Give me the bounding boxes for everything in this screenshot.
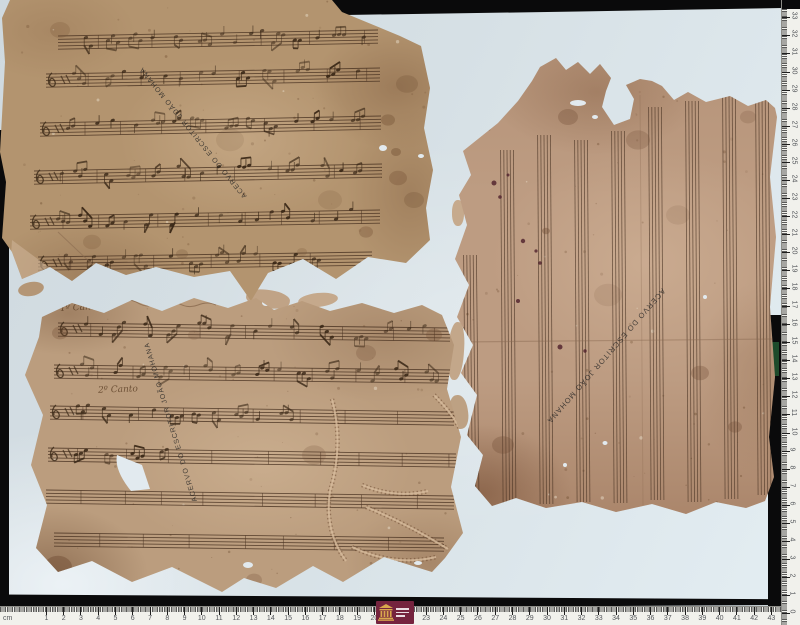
cm-tick bbox=[782, 433, 790, 434]
ruler-number: 29 bbox=[790, 84, 797, 92]
cm-tick bbox=[782, 396, 790, 397]
ruler-number: 13 bbox=[790, 373, 797, 381]
ruler-number: 15 bbox=[790, 337, 797, 345]
cm-tick bbox=[782, 342, 790, 343]
cm-tick bbox=[374, 607, 375, 615]
cm-tick bbox=[782, 324, 790, 325]
cm-tick bbox=[495, 607, 496, 615]
cm-tick bbox=[782, 306, 790, 307]
cm-tick bbox=[443, 607, 444, 615]
cm-tick bbox=[736, 607, 737, 615]
ruler-number: 9 bbox=[788, 447, 795, 451]
cm-tick bbox=[564, 607, 565, 615]
ruler-number: 29 bbox=[523, 615, 536, 622]
manuscript-fragment-right: ACERVO DO ESCRITOR JOÃO MOHANA bbox=[448, 55, 778, 517]
cm-tick bbox=[184, 607, 185, 615]
ruler-number: 22 bbox=[790, 210, 797, 218]
cm-tick bbox=[46, 607, 47, 615]
ruler-number: 2 bbox=[57, 615, 70, 622]
ruler-number: 0 bbox=[788, 610, 795, 614]
cm-tick bbox=[598, 607, 599, 615]
cm-tick bbox=[633, 607, 634, 615]
cm-tick bbox=[98, 607, 99, 615]
cm-tick bbox=[581, 607, 582, 615]
cm-tick bbox=[426, 607, 427, 615]
ruler-number: 31 bbox=[558, 615, 571, 622]
ruler-number: 16 bbox=[790, 319, 797, 327]
cm-tick bbox=[782, 180, 790, 181]
cm-tick bbox=[339, 607, 340, 615]
cm-tick bbox=[702, 607, 703, 615]
cm-tick bbox=[236, 607, 237, 615]
ruler-number: 25 bbox=[790, 156, 797, 164]
ruler-number: 38 bbox=[679, 615, 692, 622]
ruler-number: 39 bbox=[696, 615, 709, 622]
cm-tick bbox=[782, 288, 790, 289]
ruler-number: 8 bbox=[788, 465, 795, 469]
ruler-unit-label: cm bbox=[3, 615, 12, 622]
ruler-number: 37 bbox=[661, 615, 674, 622]
cm-tick bbox=[460, 607, 461, 615]
ruler-number: 10 bbox=[790, 427, 797, 435]
ruler-number: 6 bbox=[126, 615, 139, 622]
ruler-number: 32 bbox=[575, 615, 588, 622]
cm-tick bbox=[782, 378, 790, 379]
ruler-number: 5 bbox=[109, 615, 122, 622]
ruler-number: 30 bbox=[790, 66, 797, 74]
cm-tick bbox=[782, 126, 790, 127]
ruler-number: 11 bbox=[790, 409, 797, 416]
cm-tick bbox=[512, 607, 513, 615]
archive-logo-plaque bbox=[376, 601, 414, 624]
ruler-number: 14 bbox=[790, 355, 797, 363]
ruler-number: 42 bbox=[748, 615, 761, 622]
cm-tick bbox=[782, 252, 790, 253]
ruler-number: 4 bbox=[92, 615, 105, 622]
cm-tick bbox=[782, 35, 790, 36]
cm-tick bbox=[616, 607, 617, 615]
ruler-number: 16 bbox=[299, 615, 312, 622]
archive-stamp: ACERVO DO ESCRITOR JOÃO MOHANA bbox=[545, 287, 667, 426]
cm-tick bbox=[782, 53, 790, 54]
ruler-number: 41 bbox=[730, 615, 743, 622]
archive-stamp: ACERVO DO ESCRITOR JOÃO MOHANA bbox=[142, 341, 199, 503]
ruler-number: 33 bbox=[790, 12, 797, 20]
cm-tick bbox=[782, 270, 790, 271]
cm-tick bbox=[771, 607, 772, 615]
ruler-number: 23 bbox=[420, 615, 433, 622]
ruler-number: 31 bbox=[790, 48, 797, 56]
ruler-number: 35 bbox=[627, 615, 640, 622]
ruler-number: 24 bbox=[790, 174, 797, 182]
cm-tick bbox=[782, 108, 790, 109]
cm-tick bbox=[650, 607, 651, 615]
cm-tick bbox=[547, 607, 548, 615]
cm-tick bbox=[782, 17, 790, 18]
ruler-number: 43 bbox=[765, 615, 778, 622]
cm-tick bbox=[270, 607, 271, 615]
ruler-number: 7 bbox=[788, 483, 795, 487]
ruler-number: 11 bbox=[213, 615, 226, 622]
ruler-number: 34 bbox=[610, 615, 623, 622]
ruler-number: 26 bbox=[790, 138, 797, 146]
ruler-number: 33 bbox=[592, 615, 605, 622]
manuscript-fragment-bottom-left: ACERVO DO ESCRITOR JOÃO MOHANA 1º Canto … bbox=[14, 295, 466, 600]
cm-tick bbox=[782, 162, 790, 163]
ruler-number: 23 bbox=[790, 192, 797, 200]
ruler-number: 40 bbox=[713, 615, 726, 622]
cm-tick bbox=[201, 607, 202, 615]
ruler-number: 2 bbox=[788, 573, 795, 577]
cm-tick bbox=[782, 414, 790, 415]
cm-tick bbox=[115, 607, 116, 615]
cm-tick bbox=[782, 360, 790, 361]
cm-tick bbox=[305, 607, 306, 615]
cm-tick bbox=[63, 607, 64, 615]
ruler-number: 19 bbox=[790, 265, 797, 273]
ruler-number: 19 bbox=[351, 615, 364, 622]
ruler-number: 3 bbox=[788, 555, 795, 559]
cm-tick bbox=[667, 607, 668, 615]
ruler-corner-block bbox=[782, 0, 800, 9]
ruler-number: 9 bbox=[178, 615, 191, 622]
cm-tick bbox=[782, 198, 790, 199]
ruler-number: 15 bbox=[282, 615, 295, 622]
cm-tick bbox=[782, 234, 790, 235]
ruler-number: 30 bbox=[541, 615, 554, 622]
ruler-number: 28 bbox=[790, 102, 797, 110]
ruler-number: 5 bbox=[788, 519, 795, 523]
ruler-number: 24 bbox=[437, 615, 450, 622]
ruler-number: 18 bbox=[790, 283, 797, 291]
cm-tick bbox=[219, 607, 220, 615]
cm-tick bbox=[782, 90, 790, 91]
cm-tick bbox=[150, 607, 151, 615]
ruler-number: 13 bbox=[247, 615, 260, 622]
ruler-number: 10 bbox=[195, 615, 208, 622]
ruler-number: 25 bbox=[454, 615, 467, 622]
cm-tick bbox=[80, 607, 81, 615]
cm-tick bbox=[685, 607, 686, 615]
cm-tick bbox=[132, 607, 133, 615]
ruler-number: 26 bbox=[471, 615, 484, 622]
ruler-number: 28 bbox=[506, 615, 519, 622]
cm-tick bbox=[782, 144, 790, 145]
ruler-number: 1 bbox=[788, 591, 795, 595]
cm-tick bbox=[357, 607, 358, 615]
vertical-cm-ruler: 0123456789101112131415161718192021222324… bbox=[781, 0, 800, 625]
millimeter-ticks bbox=[782, 0, 787, 625]
ruler-number: 12 bbox=[790, 391, 797, 399]
cm-tick bbox=[322, 607, 323, 615]
ruler-number: 1 bbox=[40, 615, 53, 622]
scanned-manuscript-image: ACERVO DO ESCRITOR JOÃO MOHANA ACERVO DO… bbox=[0, 0, 800, 625]
cm-tick bbox=[782, 72, 790, 73]
ruler-number: 18 bbox=[333, 615, 346, 622]
ruler-number: 21 bbox=[790, 229, 797, 237]
cm-tick bbox=[167, 607, 168, 615]
ruler-number: 4 bbox=[788, 537, 795, 541]
ruler-number: 20 bbox=[790, 247, 797, 255]
cm-tick bbox=[529, 607, 530, 615]
cm-tick bbox=[253, 607, 254, 615]
ruler-number: 17 bbox=[790, 301, 797, 309]
ruler-number: 27 bbox=[790, 120, 797, 128]
cm-tick bbox=[477, 607, 478, 615]
handwritten-voice-label: 2º Canto bbox=[98, 384, 138, 395]
ruler-number: 7 bbox=[144, 615, 157, 622]
ruler-number: 12 bbox=[230, 615, 243, 622]
cm-tick bbox=[754, 607, 755, 615]
ruler-number: 6 bbox=[788, 501, 795, 505]
ruler-number: 8 bbox=[161, 615, 174, 622]
cm-tick bbox=[719, 607, 720, 615]
logo-text-lines bbox=[396, 608, 409, 617]
ruler-number: 3 bbox=[74, 615, 87, 622]
ruler-number: 14 bbox=[264, 615, 277, 622]
ruler-number: 36 bbox=[644, 615, 657, 622]
ruler-number: 17 bbox=[316, 615, 329, 622]
cm-tick bbox=[782, 216, 790, 217]
archive-building-icon bbox=[378, 604, 394, 621]
cm-tick bbox=[288, 607, 289, 615]
ruler-number: 32 bbox=[790, 30, 797, 38]
ruler-number: 27 bbox=[489, 615, 502, 622]
